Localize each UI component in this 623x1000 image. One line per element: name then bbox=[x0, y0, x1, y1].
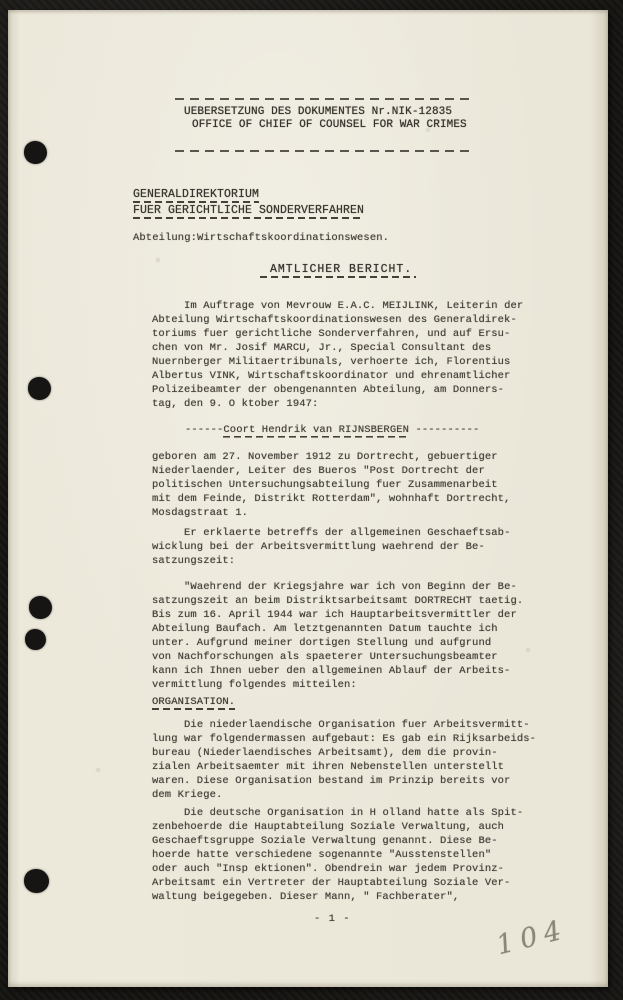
paragraph-testimony: "Waehrend der Kriegsjahre war ich von Be… bbox=[152, 580, 547, 692]
report-title-text: AMTLICHER BERICHT. bbox=[260, 263, 416, 278]
paragraph-german-organisation: Die deutsche Organisation in H olland ha… bbox=[152, 806, 547, 904]
page-number: - 1 - bbox=[314, 912, 351, 926]
document-page: UEBERSETZUNG DES DOKUMENTES Nr.NIK-12835… bbox=[8, 10, 608, 987]
hole-punch-1 bbox=[24, 141, 47, 164]
stamp-office-line: OFFICE OF CHIEF OF COUNSEL FOR WAR CRIME… bbox=[192, 119, 467, 132]
subject-name-line: ------Coort Hendrik van RIJNSBERGEN ----… bbox=[185, 423, 479, 437]
report-title: AMTLICHER BERICHT. bbox=[260, 263, 416, 277]
subject-dashes-right: ---------- bbox=[409, 424, 479, 436]
letterhead-org-line2: FUER GERICHTLICHE SONDERVERFAHREN bbox=[133, 204, 364, 219]
hole-punch-2 bbox=[28, 377, 51, 400]
dashed-rule-top bbox=[175, 98, 471, 100]
subject-person-name: Coort Hendrik van RIJNSBERGEN bbox=[223, 424, 409, 438]
section-heading-organisation: ORGANISATION. bbox=[152, 695, 235, 709]
hole-punch-3 bbox=[29, 596, 52, 619]
dashed-rule-bottom bbox=[175, 150, 471, 152]
paragraph-dutch-organisation: Die niederlaendische Organisation fuer A… bbox=[152, 718, 547, 802]
letterhead-org-line1-text: GENERALDIREKTORIUM bbox=[133, 188, 259, 203]
subject-dashes-left: ------ bbox=[185, 424, 223, 436]
letterhead-department: Abteilung:Wirtschaftskoordinationswesen. bbox=[133, 231, 389, 245]
paragraph-biography: geboren am 27. November 1912 zu Dortrech… bbox=[152, 450, 542, 520]
letterhead-org-line2-text: FUER GERICHTLICHE SONDERVERFAHREN bbox=[133, 204, 364, 219]
handwritten-page-number: 104 bbox=[493, 914, 571, 962]
paragraph-commission: Im Auftrage von Mevrouw E.A.C. MEIJLINK,… bbox=[152, 299, 542, 411]
section-heading-organisation-text: ORGANISATION. bbox=[152, 696, 235, 710]
letterhead-org-line1: GENERALDIREKTORIUM bbox=[133, 188, 259, 203]
stamp-document-title: UEBERSETZUNG DES DOKUMENTES Nr.NIK-12835 bbox=[184, 106, 452, 119]
hole-punch-5 bbox=[24, 869, 49, 893]
paragraph-declaration-intro: Er erklaerte betreffs der allgemeinen Ge… bbox=[152, 526, 542, 568]
hole-punch-4 bbox=[25, 629, 46, 650]
